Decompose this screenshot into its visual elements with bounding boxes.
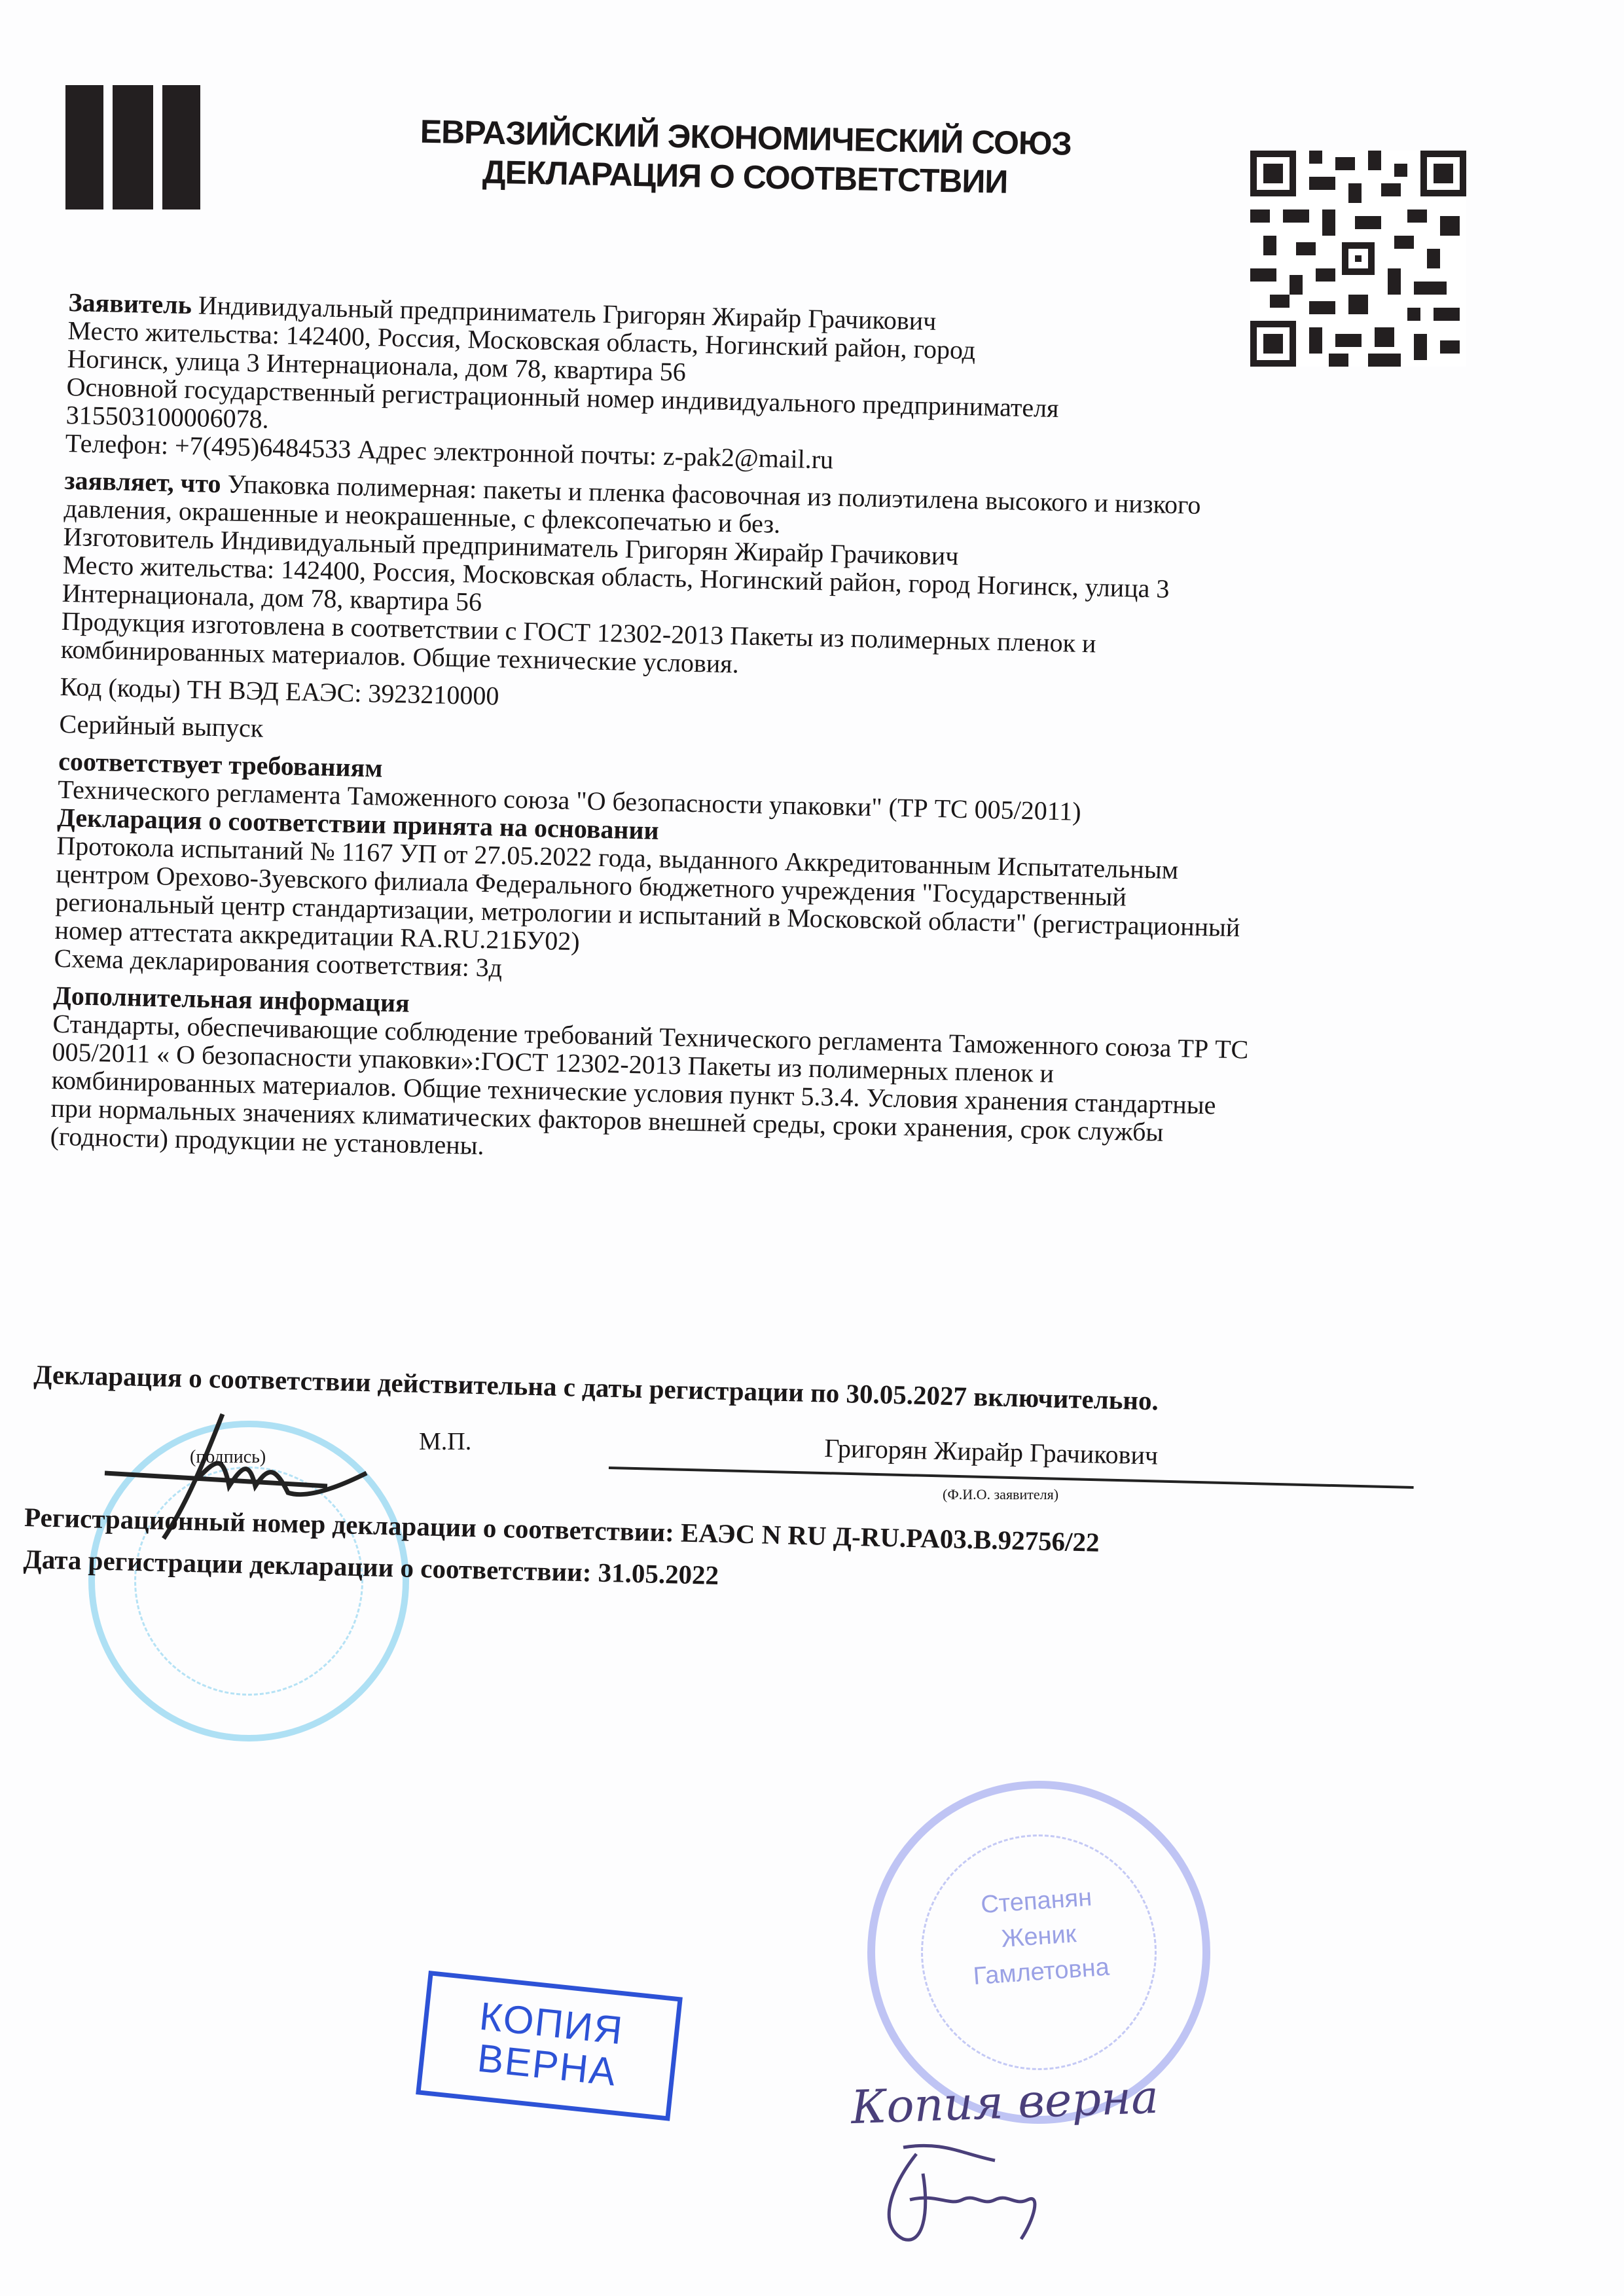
stamp-holder-name: Степанян Женик Гамлетовна — [872, 1872, 1206, 2001]
declaration-page: ЕВРАЗИЙСКИЙ ЭКОНОМИЧЕСКИЙ СОЮЗ ДЕКЛАРАЦИ… — [0, 0, 1624, 2296]
applicant-full-name: Григорян Жирайр Грачикович — [824, 1432, 1159, 1471]
signature-caption: (подпись) — [190, 1447, 266, 1468]
signature-line — [609, 1467, 1414, 1489]
full-name-caption: (Ф.И.О. заявителя) — [943, 1486, 1058, 1503]
seal-place-label: М.П. — [419, 1427, 471, 1456]
copy-certified-stamp: КОПИЯ ВЕРНА — [416, 1971, 683, 2121]
eac-logo — [65, 85, 216, 210]
handwritten-copy-note: Копия верна — [850, 2070, 1159, 2134]
applicant-label: Заявитель — [68, 287, 192, 319]
declares-label: заявляет, что — [64, 465, 221, 498]
certifier-signature-icon — [864, 2134, 1126, 2246]
document-header: ЕВРАЗИЙСКИЙ ЭКОНОМИЧЕСКИЙ СОЮЗ ДЕКЛАРАЦИ… — [398, 111, 1093, 203]
declaration-body: Заявитель Индивидуальный предприниматель… — [50, 288, 1410, 1179]
notary-round-stamp: Степанян Женик Гамлетовна — [867, 1781, 1210, 2124]
